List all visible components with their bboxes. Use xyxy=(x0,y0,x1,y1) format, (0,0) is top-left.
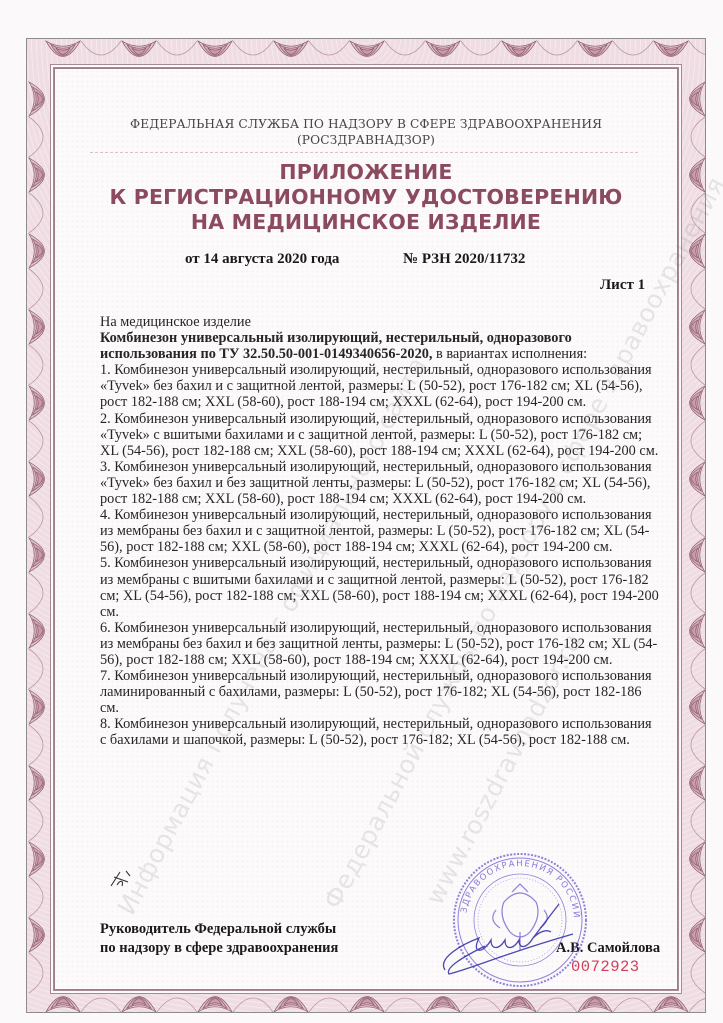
signer-position: Руководитель Федеральной службы по надзо… xyxy=(100,920,338,958)
title-line2: К РЕГИСТРАЦИОННОМУ УДОСТОВЕРЕНИЮ xyxy=(60,185,672,210)
variant-item: 6. Комбинезон универсальный изолирующий,… xyxy=(100,620,660,668)
signature xyxy=(433,898,613,978)
sheet-number: Лист 1 xyxy=(600,277,645,294)
header-divider xyxy=(90,152,638,153)
position-line1: Руководитель Федеральной службы xyxy=(100,920,338,939)
document-body: На медицинское изделие Комбинезон универ… xyxy=(100,314,660,749)
registration-date: от 14 августа 2020 года xyxy=(185,251,339,268)
variant-item: 1. Комбинезон универсальный изолирующий,… xyxy=(100,362,660,410)
agency-line2: (РОСЗДРАВНАДЗОР) xyxy=(60,132,672,148)
registration-number: № РЗН 2020/11732 xyxy=(403,251,525,268)
page-title: ПРИЛОЖЕНИЕ К РЕГИСТРАЦИОННОМУ УДОСТОВЕРЕ… xyxy=(60,160,672,235)
product-description: Комбинезон универсальный изолирующий, не… xyxy=(100,330,660,362)
variant-item: 7. Комбинезон универсальный изолирующий,… xyxy=(100,668,660,716)
initials-mark xyxy=(108,868,134,890)
variant-item: 5. Комбинезон универсальный изолирующий,… xyxy=(100,555,660,619)
variant-item: 3. Комбинезон универсальный изолирующий,… xyxy=(100,459,660,507)
agency-line1: ФЕДЕРАЛЬНАЯ СЛУЖБА ПО НАДЗОРУ В СФЕРЕ ЗД… xyxy=(60,116,672,132)
intro-text: На медицинское изделие xyxy=(100,314,660,330)
variant-item: 2. Комбинезон универсальный изолирующий,… xyxy=(100,411,660,459)
agency-name: ФЕДЕРАЛЬНАЯ СЛУЖБА ПО НАДЗОРУ В СФЕРЕ ЗД… xyxy=(60,116,672,148)
title-line1: ПРИЛОЖЕНИЕ xyxy=(60,160,672,185)
title-line3: НА МЕДИЦИНСКОЕ ИЗДЕЛИЕ xyxy=(60,210,672,235)
variant-item: 4. Комбинезон универсальный изолирующий,… xyxy=(100,507,660,555)
variant-item: 8. Комбинезон универсальный изолирующий,… xyxy=(100,716,660,748)
variants-list: 1. Комбинезон универсальный изолирующий,… xyxy=(100,362,660,748)
product-variants-intro: в вариантах исполнения: xyxy=(432,346,587,362)
position-line2: по надзору в сфере здравоохранения xyxy=(100,939,338,958)
